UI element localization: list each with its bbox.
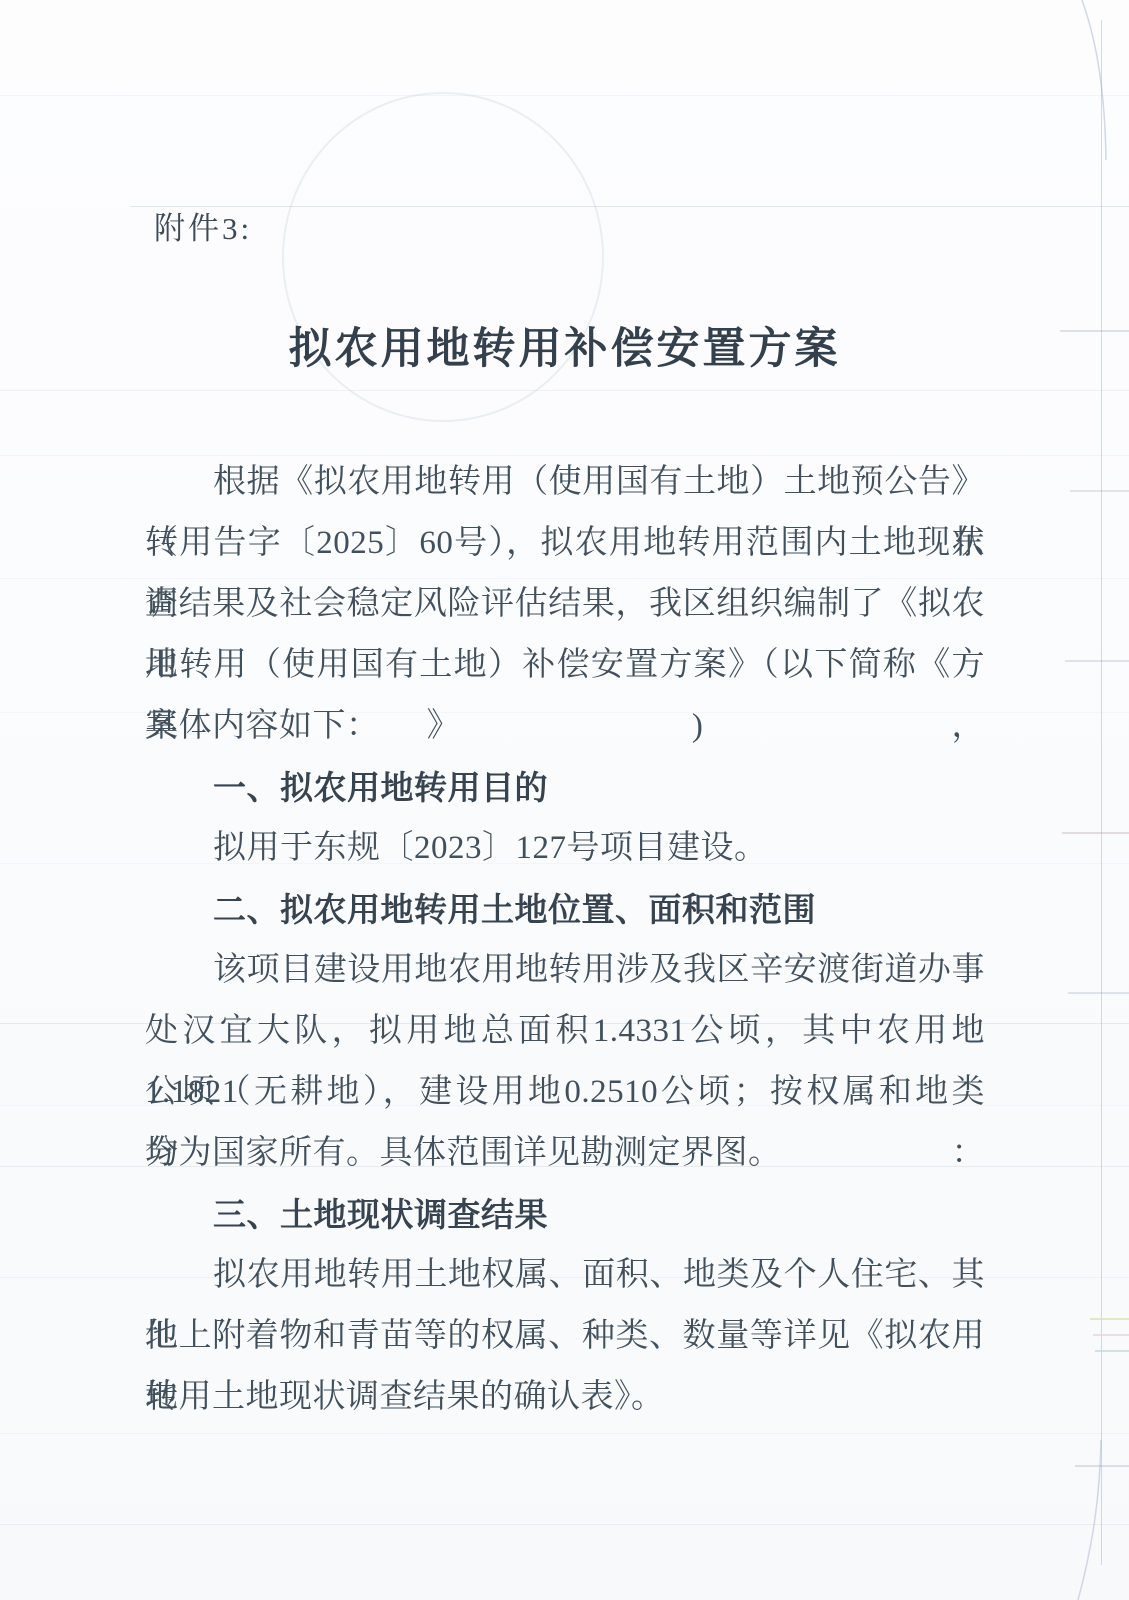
text-line: 公顷（无耕地），建设用地0.2510公顷；按权属和地类分： <box>145 1062 985 1123</box>
text-line: 查结果及社会稳定风险评估结果，我区组织编制了《拟农用 <box>145 574 985 635</box>
scan-artifact-line <box>0 95 1129 96</box>
page-edge-line <box>1101 20 1102 1565</box>
scan-artifact-line <box>0 1433 1129 1434</box>
section-heading-3: 三、土地现状调查结果 <box>145 1184 985 1245</box>
section-heading-2: 二、拟农用地转用土地位置、面积和范围 <box>145 879 985 940</box>
text-line: 拟农用地转用土地权属、面积、地类及个人住宅、其他 <box>145 1245 985 1306</box>
text-line: 该项目建设用地农用地转用涉及我区辛安渡街道办事 <box>145 940 985 1001</box>
scan-artifact-line <box>0 390 1129 391</box>
text-line: 地上附着物和青苗等的权属、种类、数量等详见《拟农用地 <box>145 1306 985 1367</box>
scan-artifact-line <box>0 1524 1129 1525</box>
page-edge-tick <box>1062 832 1129 834</box>
text-line: 拟用于东规〔2023〕127号项目建设。 <box>145 818 985 879</box>
page-edge-streak <box>1090 1318 1129 1320</box>
text-line: 地转用（使用国有土地）补偿安置方案》（以下简称《方案》)， <box>145 635 985 696</box>
page-edge-tick <box>1070 490 1129 492</box>
text-line: 转用告字〔2025〕60号），拟农用地转用范围内土地现状调 <box>145 513 985 574</box>
text-line: 根据《拟农用地转用（使用国有土地）土地预公告》（东 <box>145 452 985 513</box>
document-title: 拟农用地转用补偿安置方案 <box>0 320 1129 378</box>
scan-artifact-line <box>130 206 1129 207</box>
page-edge-tick <box>1065 660 1129 662</box>
page-edge-tick <box>1068 992 1129 994</box>
text-line: 处汉宜大队，拟用地总面积1.4331公顷，其中农用地1.1821 <box>145 1001 985 1062</box>
text-line: 转用土地现状调查结果的确认表》。 <box>145 1367 985 1428</box>
attachment-label: 附件3: <box>154 203 252 248</box>
page-edge-tick <box>1075 1465 1129 1467</box>
document-body: 根据《拟农用地转用（使用国有土地）土地预公告》（东 转用告字〔2025〕60号）… <box>145 452 985 1428</box>
page-edge-streak <box>1095 1350 1129 1352</box>
section-heading-1: 一、拟农用地转用目的 <box>145 757 985 818</box>
page-edge-streak <box>1093 1334 1129 1336</box>
scanned-document-page: 附件3: 拟农用地转用补偿安置方案 根据《拟农用地转用（使用国有土地）土地预公告… <box>0 0 1129 1600</box>
